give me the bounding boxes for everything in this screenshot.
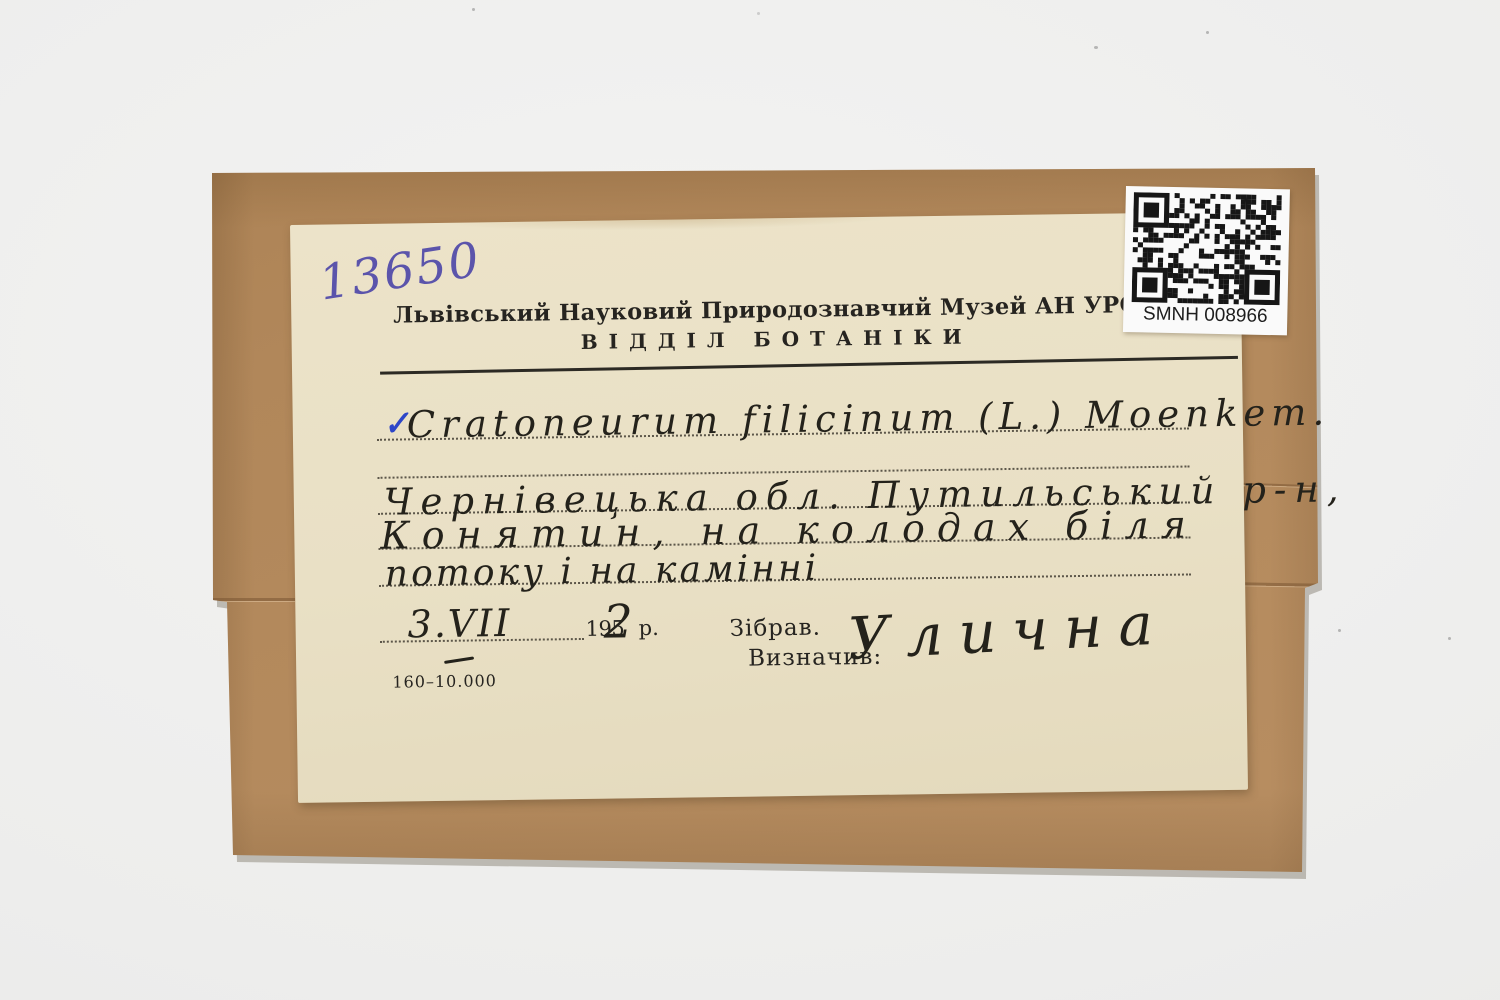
collected-by-label: Зібрав.	[730, 615, 822, 642]
date-underline-stroke	[444, 656, 474, 664]
header-rule	[380, 356, 1238, 375]
determiner-signature: Улична	[846, 589, 1170, 673]
dust-speck	[757, 12, 760, 15]
barcode-sticker: SMNH 008966	[1123, 186, 1290, 335]
locality-line-3: потоку і на камінні	[385, 548, 820, 595]
dust-speck	[1206, 31, 1209, 34]
collection-date: 3.VII	[407, 601, 511, 646]
dust-speck	[1094, 46, 1098, 49]
envelope-left-shade	[212, 166, 254, 876]
barcode-text: SMNH 008966	[1143, 303, 1268, 328]
print-run-mark: 160–10.000	[392, 671, 497, 691]
envelope-crease	[213, 598, 295, 601]
accession-number: 13650	[315, 231, 484, 311]
photo-background: 13650 Львівський Науковий Природознавчий…	[0, 0, 1500, 1000]
qr-code-icon	[1132, 192, 1282, 305]
year-handwritten-digit: 2	[603, 594, 633, 648]
herbarium-label: 13650 Львівський Науковий Природознавчий…	[290, 212, 1248, 803]
dust-speck	[1448, 637, 1451, 640]
dust-speck	[1338, 629, 1341, 632]
dust-speck	[472, 8, 475, 11]
year-suffix: р.	[638, 616, 658, 640]
